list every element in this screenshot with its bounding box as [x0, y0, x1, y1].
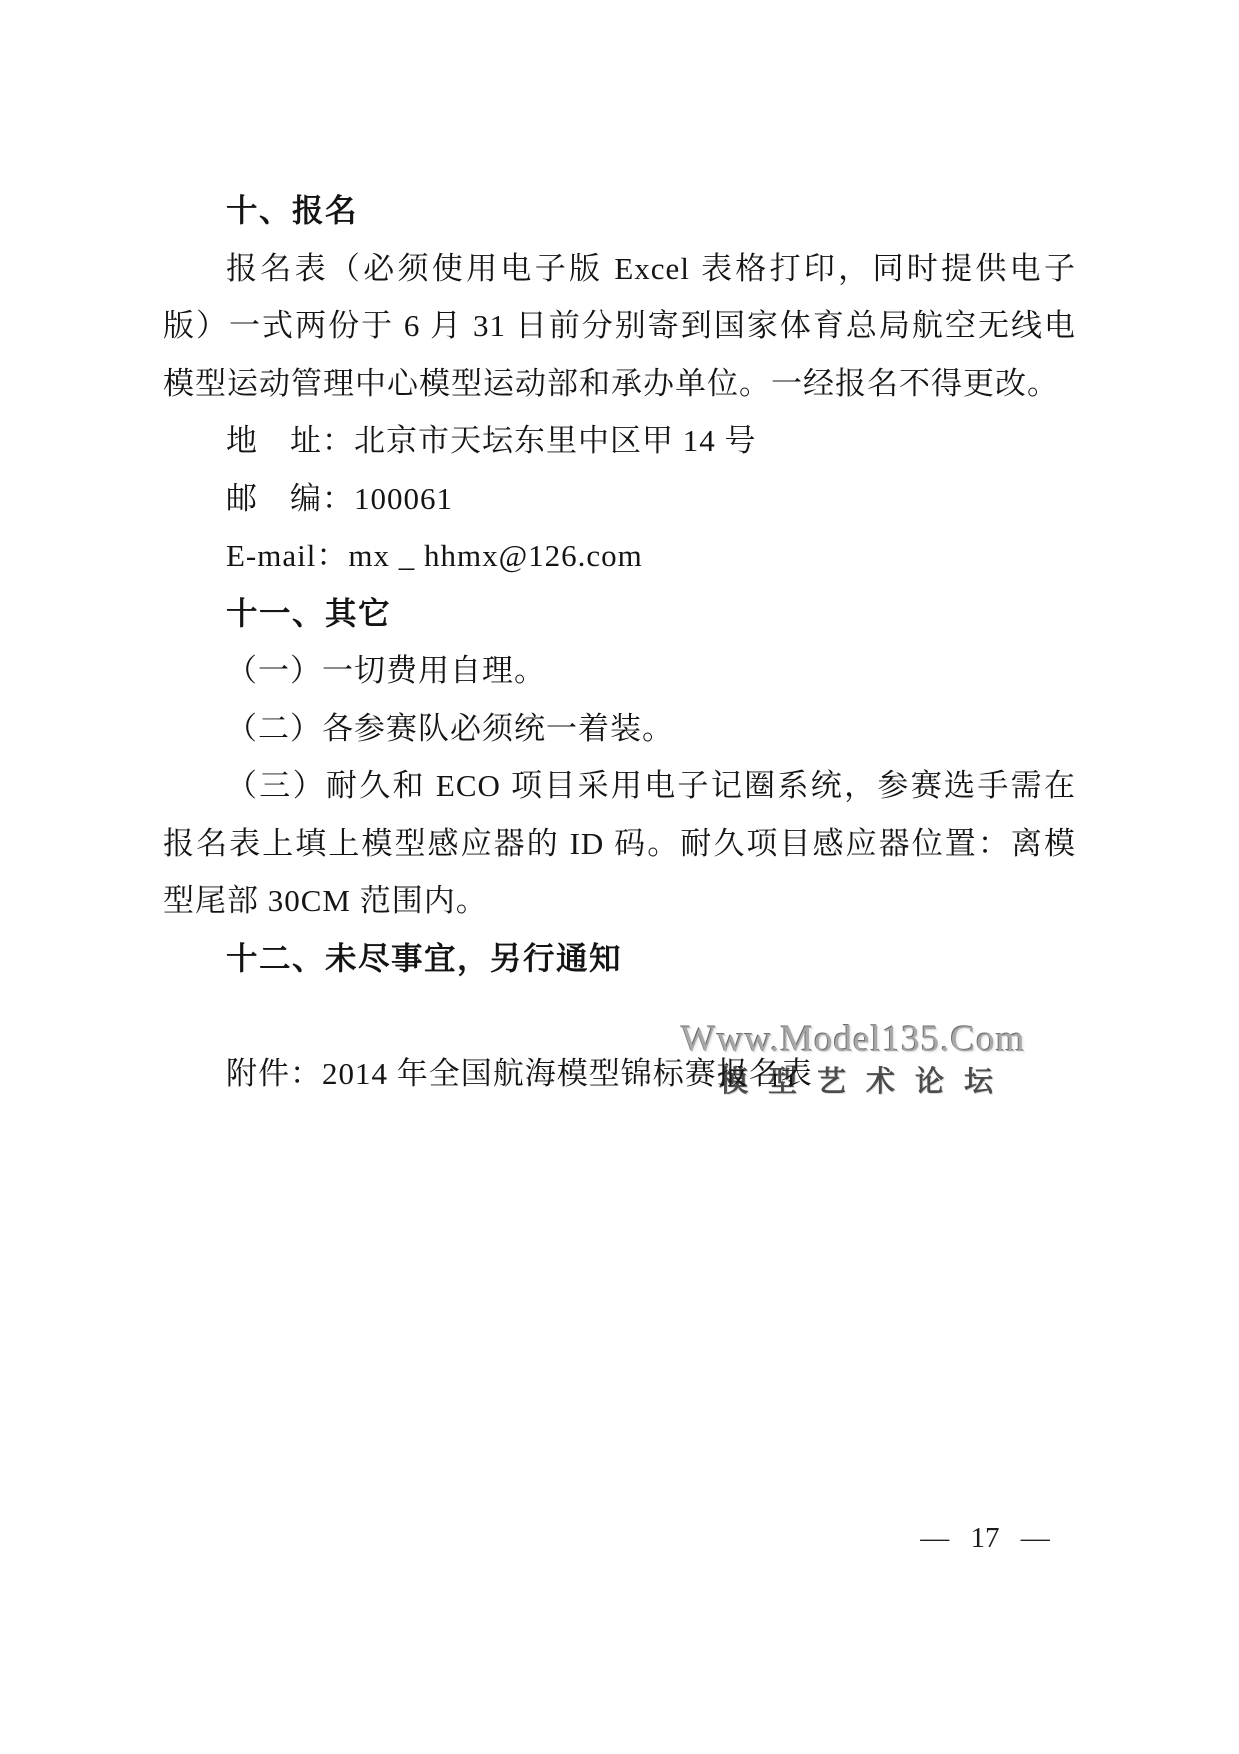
doc-text-line: 版）一式两份于 6 月 31 日前分别寄到国家体育总局航空无线电 [163, 297, 1076, 355]
section-heading: 十二、未尽事宜，另行通知 [163, 930, 1076, 988]
doc-text-line: （一）一切费用自理。 [163, 642, 1076, 700]
document-page: Www.Model135.Com 模型艺术论坛 十、报名报名表（必须使用电子版 … [0, 0, 1239, 1754]
doc-text-line: 地 址：北京市天坛东里中区甲 14 号 [163, 412, 1076, 470]
doc-text-line: （三）耐久和 ECO 项目采用电子记圈系统，参赛选手需在 [163, 757, 1076, 815]
doc-text-line: 报名表（必须使用电子版 Excel 表格打印，同时提供电子 [163, 240, 1076, 298]
doc-text-line: 附件：2014 年全国航海模型锦标赛报名表 [163, 1045, 1076, 1103]
section-heading: 十一、其它 [163, 585, 1076, 643]
blank-line [163, 987, 1076, 1045]
doc-text-line: 模型运动管理中心模型运动部和承办单位。一经报名不得更改。 [163, 355, 1076, 413]
section-heading: 十、报名 [163, 182, 1076, 240]
doc-text-line: （二）各参赛队必须统一着装。 [163, 700, 1076, 758]
doc-text-line: 型尾部 30CM 范围内。 [163, 872, 1076, 930]
doc-text-line: E-mail：mx _ hhmx@126.com [163, 527, 1076, 585]
doc-text-line: 邮 编：100061 [163, 470, 1076, 528]
document-body: 十、报名报名表（必须使用电子版 Excel 表格打印，同时提供电子版）一式两份于… [163, 182, 1076, 1102]
doc-text-line: 报名表上填上模型感应器的 ID 码。耐久项目感应器位置：离模 [163, 815, 1076, 873]
page-number: — 17 — [900, 1522, 1070, 1555]
